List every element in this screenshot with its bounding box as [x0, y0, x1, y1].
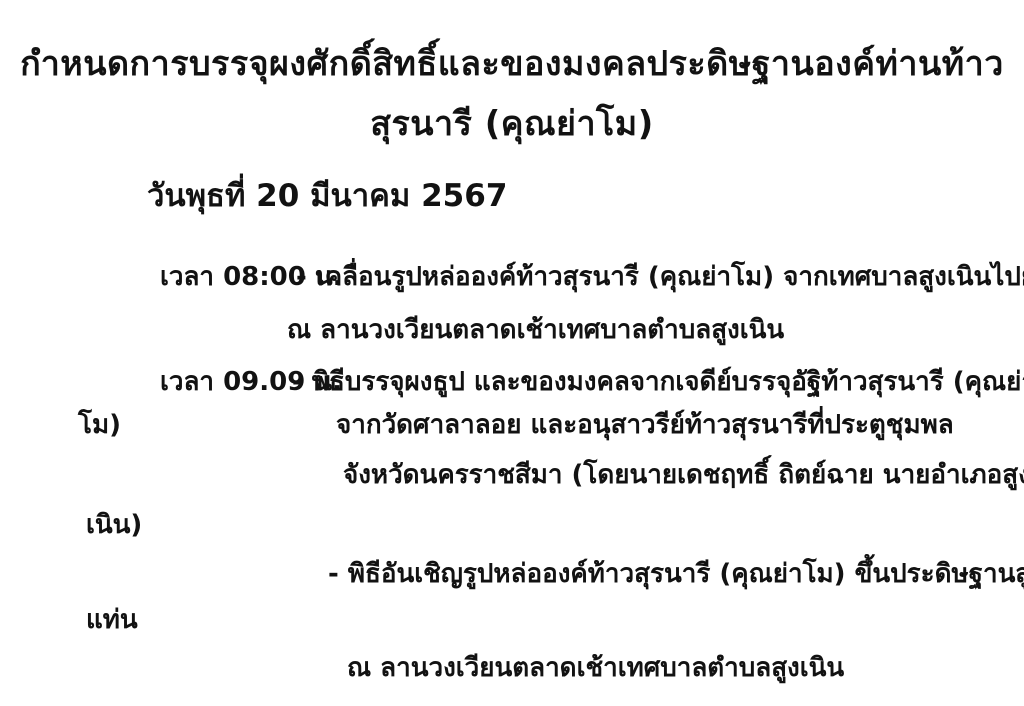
- schedule-entry2-continuation2: จังหวัดนครราชสีมา (โดยนายเดชฤทธิ์ ถิตย์ฉ…: [343, 454, 1024, 495]
- schedule-entry2-item: - พิธีบรรจุผงธูป และของมงคลจากเจดีย์บรรจ…: [292, 361, 1024, 402]
- document-title-line1: กำหนดการบรรจุผงศักดิ์สิทธิ์และของมงคลประ…: [0, 36, 1024, 90]
- schedule-entry2-continuation1: จากวัดศาลาลอย และอนุสาวรีย์ท้าวสุรนารีที…: [336, 404, 954, 445]
- scanned-document-page: กำหนดการบรรจุผงศักดิ์สิทธิ์และของมงคลประ…: [0, 0, 1024, 706]
- schedule-entry1-item: - เคลื่อนรูปหล่อองค์ท้าวสุรนารี (คุณย่าโ…: [296, 256, 1024, 297]
- schedule-entry3-item: - พิธีอันเชิญรูปหล่อองค์ท้าวสุรนารี (คุณ…: [328, 553, 1024, 594]
- schedule-entry3-overflow-word: แท่น: [86, 599, 138, 640]
- schedule-entry2-overflow-word: โม): [78, 404, 121, 445]
- document-title-line2: สุรนารี (คุณย่าโม): [0, 96, 1024, 150]
- schedule-entry2-overflow-word2: เนิน): [86, 504, 142, 545]
- schedule-entry3-continuation: ณ ลานวงเวียนตลาดเช้าเทศบาลตำบลสูงเนิน: [347, 647, 844, 688]
- date-heading: วันพุธที่ 20 มีนาคม 2567: [147, 170, 507, 220]
- schedule-entry1-continuation: ณ ลานวงเวียนตลาดเช้าเทศบาลตำบลสูงเนิน: [287, 309, 784, 350]
